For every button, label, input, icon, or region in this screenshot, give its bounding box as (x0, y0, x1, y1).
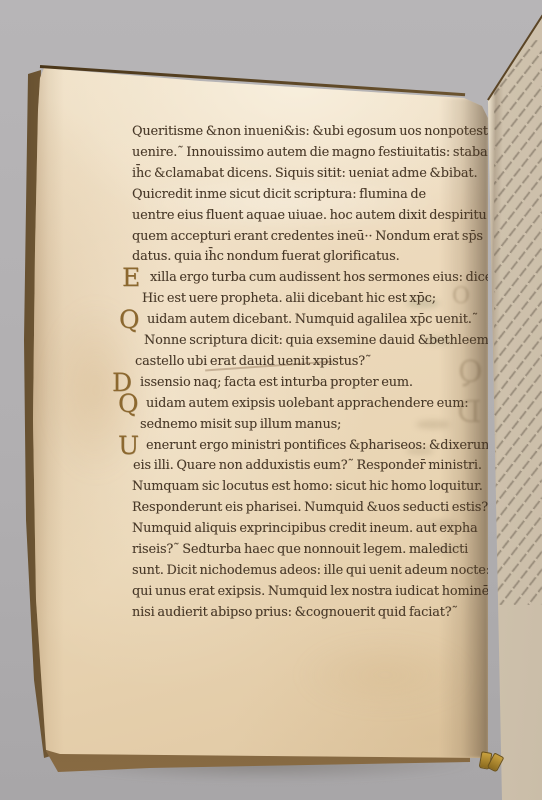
manuscript-line: ih̄c &clamabat dicens. Siquis sitit: uen… (132, 164, 477, 185)
manuscript-line-text: Hic est uere propheta. alii dicebant hic… (142, 291, 436, 306)
manuscript-line: quem accepturi erant credentes ineū·· No… (132, 227, 483, 248)
versal-initial: Q (118, 391, 138, 416)
facing-page-text (494, 40, 542, 605)
manuscript-line: uentre eius fluent aquae uiuae. hoc aute… (132, 206, 487, 227)
manuscript-line-text: issensio naq; facta est inturba propter … (140, 375, 413, 390)
manuscript-line: Numquid aliquis exprincipibus credit ine… (132, 519, 478, 540)
manuscript-line-text: quem accepturi erant credentes ineū·· No… (132, 229, 483, 244)
manuscript-line: datus. quia ih̄c nondum fuerat glorifica… (132, 247, 400, 268)
manuscript-line-text: nisi audierit abipso prius: &cognouerit … (132, 605, 458, 620)
manuscript-line: Nonne scriptura dicit: quia exsemine dau… (132, 331, 489, 352)
manuscript-line-text: Nonne scriptura dicit: quia exsemine dau… (144, 333, 489, 348)
gutter-shadow (440, 98, 489, 758)
manuscript-line-text: riseis?˜ Sedturba haec que nonnouit lege… (132, 542, 468, 557)
manuscript-line-text: Numquam sic locutus est homo: sicut hic … (132, 479, 483, 494)
manuscript-line: eis illi. Quare non adduxistis eum?˜ Res… (132, 456, 482, 477)
manuscript-page: O Q D Queritisme &non inueni&is: &ubi eg… (0, 0, 542, 800)
manuscript-line-text: castello ubi erat dauid uenit xpistus?˜ (135, 354, 371, 369)
manuscript-line-text: Quicredit inme sicut dicit scriptura: fl… (132, 187, 426, 202)
versal-initial: Q (119, 307, 139, 332)
manuscript-line: Numquam sic locutus est homo: sicut hic … (132, 477, 483, 498)
manuscript-line-text: uidam autem dicebant. Numquid agalilea x… (147, 312, 478, 327)
manuscript-line: uenire.˜ Innouissimo autem die magno fes… (132, 143, 493, 164)
manuscript-line-text: eis illi. Quare non adduxistis eum?˜ Res… (133, 458, 482, 473)
manuscript-line: Quidam autem exipsis uolebant apprachend… (132, 394, 468, 415)
manuscript-line: Hic est uere propheta. alii dicebant hic… (132, 289, 436, 310)
text-block: Queritisme &non inueni&is: &ubi egosum u… (132, 122, 477, 627)
manuscript-line: Dissensio naq; facta est inturba propter… (132, 373, 413, 394)
manuscript-line: nisi audierit abipso prius: &cognouerit … (132, 603, 458, 624)
manuscript-line-text: uentre eius fluent aquae uiuae. hoc aute… (132, 208, 487, 223)
versal-initial: U (118, 433, 139, 458)
manuscript-line-text: uenire.˜ Innouissimo autem die magno fes… (132, 145, 493, 160)
manuscript-line-text: datus. quia ih̄c nondum fuerat glorifica… (132, 249, 400, 264)
manuscript-line-text: ih̄c &clamabat dicens. Siquis sitit: uen… (132, 166, 477, 181)
manuscript-line: Quidam autem dicebant. Numquid agalilea … (132, 310, 478, 331)
manuscript-line-text: sednemo misit sup illum manus; (140, 417, 341, 432)
photo-scene: O Q D Queritisme &non inueni&is: &ubi eg… (0, 0, 542, 800)
manuscript-line: riseis?˜ Sedturba haec que nonnouit lege… (132, 540, 468, 561)
manuscript-line-text: uidam autem exipsis uolebant apprachende… (146, 396, 468, 411)
versal-initial: E (122, 265, 140, 290)
manuscript-line: castello ubi erat dauid uenit xpistus?˜ (132, 352, 371, 373)
manuscript-line: Quicredit inme sicut dicit scriptura: fl… (132, 185, 426, 206)
manuscript-line: sednemo misit sup illum manus; (132, 415, 341, 436)
manuscript-line-text: Numquid aliquis exprincipibus credit ine… (132, 521, 478, 536)
